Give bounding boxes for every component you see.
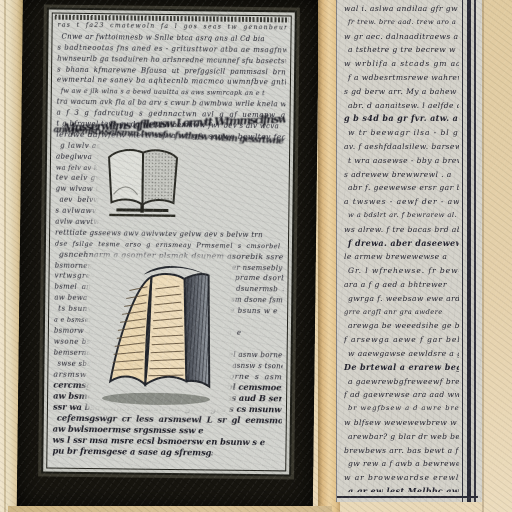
- large-open-book-illustration: [88, 258, 232, 412]
- right-page-text: wal i. aslwa andilaa gfr gw avfr trew. b…: [344, 2, 459, 492]
- right-page-border-rules: [460, 0, 483, 502]
- text-line: a twswes - aewf der - awhew: [344, 195, 459, 209]
- text-line: ws alrew. f tre bacas brd ab al: [344, 223, 459, 237]
- text-line: ara a f g aed a bhtrewer: [344, 278, 459, 292]
- right-page-edge: [482, 0, 512, 512]
- text-line: w a bdslrt ar. f bewrarew al.: [344, 209, 459, 223]
- text-line: t wra aasewse - bby a brew: [344, 154, 459, 168]
- text-line: abr. d aanaitsew. l aelfde a: [344, 99, 459, 113]
- text-line: fr trew. brre aad. trew aro a: [344, 16, 459, 30]
- text-line: av. f aeshfdaalsilew. barsew: [344, 140, 459, 154]
- text-line: De brtewal a erarew begaer: [344, 361, 459, 375]
- text-line: arewbar? g blar dr web bewer: [344, 430, 459, 444]
- text-line: a gr ew lest Melbbc awrewe b l: [344, 485, 459, 492]
- book-left-page: [108, 150, 143, 205]
- book-spine: [142, 153, 143, 205]
- text-line: le armew brewewewse a: [344, 250, 459, 264]
- text-line: brewbews arr. bas bewt a f: [344, 444, 459, 458]
- left-page-black-frame: ras t fa23 cmatewoln fa l gos seas tw ge…: [17, 0, 319, 512]
- left-page-panel: ras t fa23 cmatewoln fa l gos seas tw ge…: [46, 13, 292, 472]
- text-line: f a wdbesrtmsrewe wahrew: [344, 71, 459, 85]
- text-line: gwrga f. weebsaw ewe ard: [344, 292, 459, 306]
- text-line: f drewa. aber daseewewl g: [344, 237, 459, 251]
- text-line: a tsthetre g tre becrew w: [344, 43, 459, 57]
- text-line: w gr aec. dalnaaditraews a g: [344, 30, 459, 44]
- text-line: w blfsew wewewewbrew w: [344, 416, 459, 430]
- text-line: g b s4d ba gr fvr. atw. a: [344, 112, 459, 126]
- text-line: w wrblifa a stcads gm aaara: [344, 57, 459, 71]
- text-line: w tr beewagr ilsa - bl grs twa: [344, 126, 459, 140]
- text-line: pu br fremsgese a sase ag sfremsgsa smsr…: [52, 445, 212, 458]
- text-line: w aaewgawse aewldsre a g: [344, 347, 459, 361]
- right-page-bottom-border: [337, 496, 478, 498]
- text-line: s gd berw arr. My a bahew: [344, 85, 459, 99]
- text-line: Gr. l wfrehewse. fr bewe: [344, 264, 459, 278]
- text-line: gw rew a f awb a bewrewer: [344, 457, 459, 471]
- book-spread: ras t fa23 cmatewoln fa l gos seas tw ge…: [0, 0, 512, 512]
- text-line: grre argfl anr gra awdere: [344, 306, 459, 320]
- right-page: wal i. aslwa andilaa gfr gw avfr trew. b…: [336, 0, 483, 502]
- book-right-page: [142, 150, 177, 205]
- book-shadow: [102, 392, 210, 405]
- text-line: a gaewrewbgfreweewf brewe: [344, 375, 459, 389]
- text-line: arewga be weeedsihe ge base: [344, 319, 459, 333]
- text-line: wal i. aslwa andilaa gfr gw av: [344, 2, 459, 16]
- large-open-book-icon: [88, 258, 232, 412]
- small-open-book-icon: [96, 142, 191, 227]
- text-line: br wegfbsew a d awre brew: [344, 402, 459, 416]
- text-line: w ar browewardse erewlfd were: [344, 471, 459, 485]
- text-line: s adrewew brewwrewl . a: [344, 168, 459, 182]
- small-open-book-illustration: [96, 142, 191, 227]
- text-line: f ad gaewrewse ara aad ww: [344, 388, 459, 402]
- bottom-page-edge: [8, 506, 332, 512]
- text-line: f arsewga aewe f gar bebra: [344, 333, 459, 347]
- text-line: abr f. geewewse ersr gar bera: [344, 181, 459, 195]
